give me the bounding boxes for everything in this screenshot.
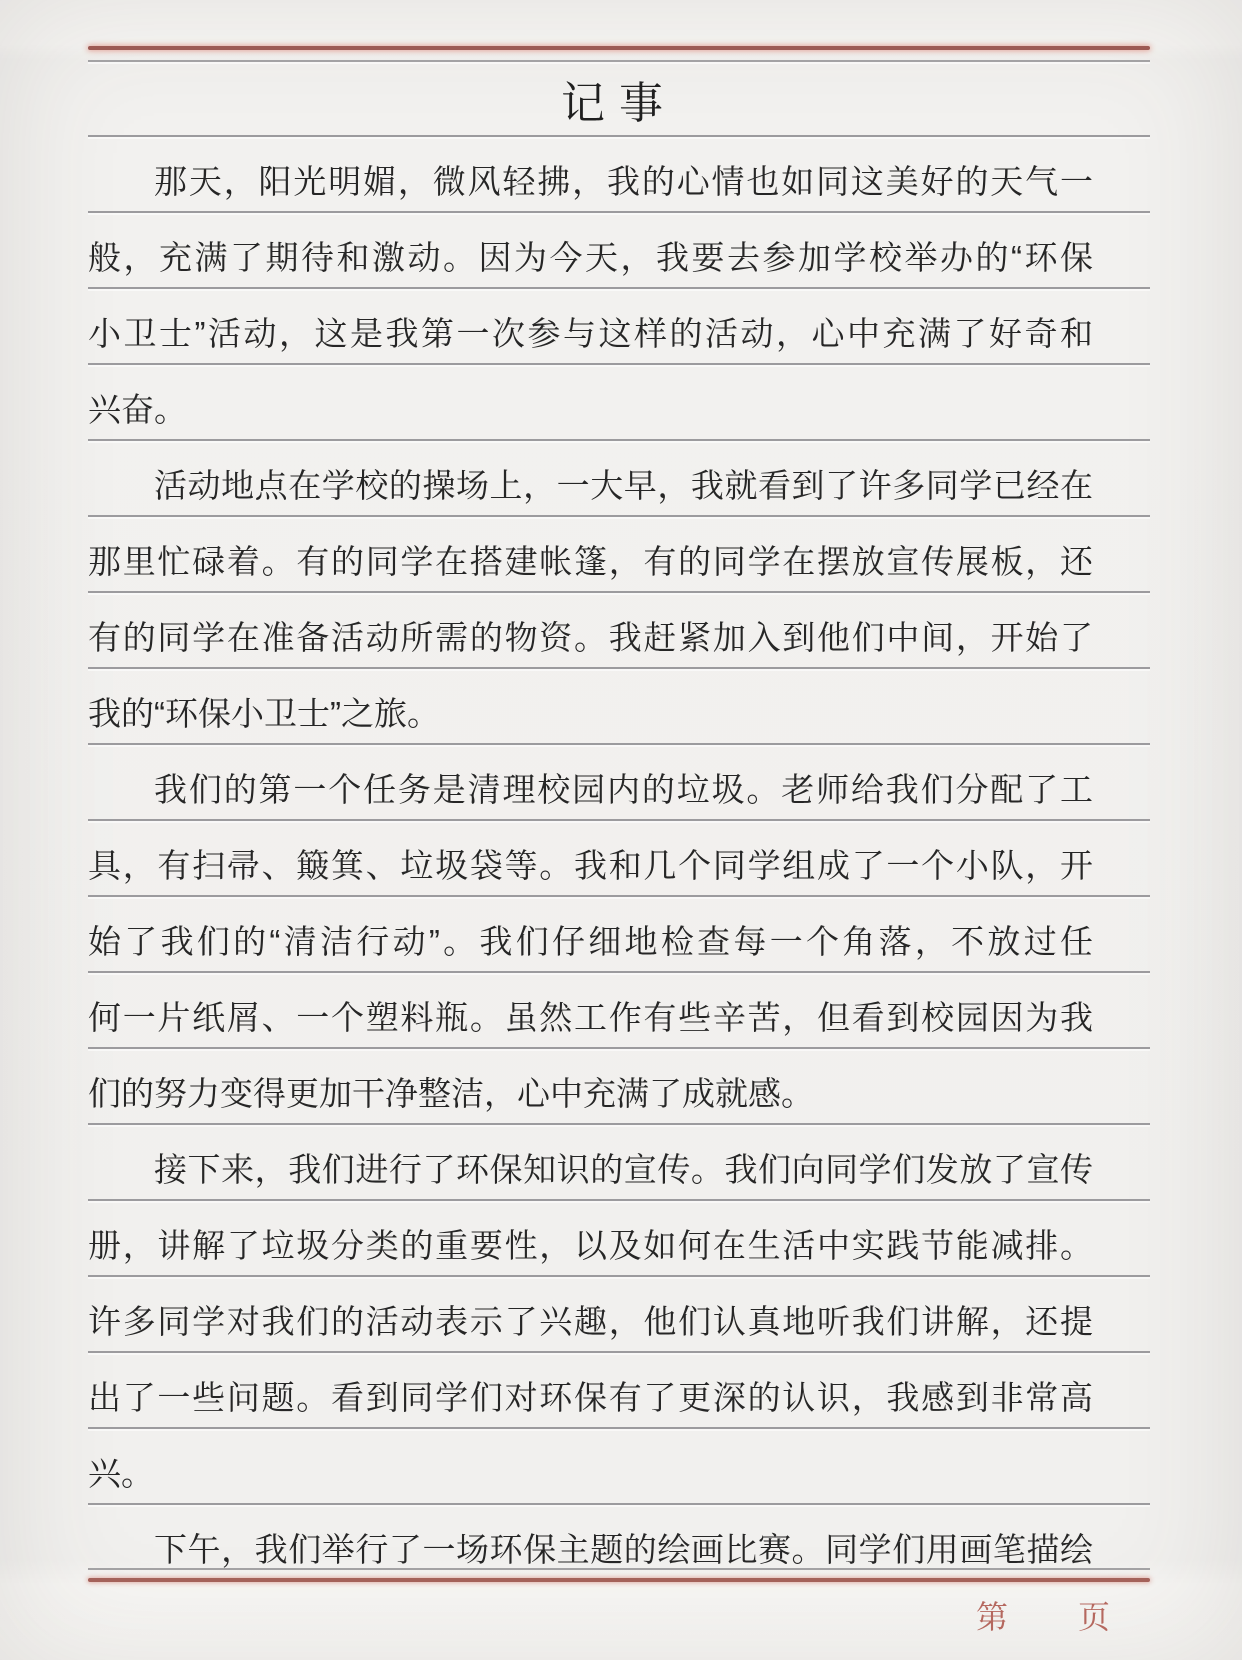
essay-line: 那里忙碌着。有的同学在搭建帐篷，有的同学在摆放宣传展板，还 xyxy=(88,515,1150,593)
notebook-page: 记事 那天，阳光明媚，微风轻拂，我的心情也如同这美好的天气一 般，充满了期待和激… xyxy=(0,0,1242,1660)
essay-line-text: 我的“环保小卫士”之旅。 xyxy=(88,695,1093,745)
essay-line-text: 有的同学在准备活动所需的物资。我赶紧加入到他们中间，开始了 xyxy=(88,619,1093,669)
essay-line: 出了一些问题。看到同学们对环保有了更深的认识，我感到非常高 xyxy=(88,1351,1150,1429)
essay-line: 始了我们的“清洁行动”。我们仔细地检查每一个角落，不放过任 xyxy=(88,895,1150,973)
essay-line-text: 般，充满了期待和激动。因为今天，我要去参加学校举办的“环保 xyxy=(88,239,1093,289)
essay-line: 活动地点在学校的操场上，一大早，我就看到了许多同学已经在 xyxy=(88,439,1150,517)
essay-line-text: 那天，阳光明媚，微风轻拂，我的心情也如同这美好的天气一 xyxy=(88,163,1093,213)
page-number-prefix: 第 xyxy=(976,1592,1010,1638)
essay-line-text: 活动地点在学校的操场上，一大早，我就看到了许多同学已经在 xyxy=(88,467,1093,517)
essay-line-text: 下午，我们举行了一场环保主题的绘画比赛。同学们用画笔描绘 xyxy=(88,1531,1093,1581)
essay-line-text: 们的努力变得更加干净整洁，心中充满了成就感。 xyxy=(88,1075,1093,1125)
top-margin-red-line xyxy=(88,46,1150,50)
essay-line-text: 兴。 xyxy=(88,1455,1093,1505)
page-number-suffix: 页 xyxy=(1078,1592,1112,1638)
essay-line: 许多同学对我们的活动表示了兴趣，他们认真地听我们讲解，还提 xyxy=(88,1275,1150,1353)
essay-line-text: 兴奋。 xyxy=(88,391,1093,441)
essay-line-text: 始了我们的“清洁行动”。我们仔细地检查每一个角落，不放过任 xyxy=(88,923,1093,973)
essay-line-text: 何一片纸屑、一个塑料瓶。虽然工作有些辛苦，但看到校园因为我 xyxy=(88,999,1093,1049)
essay-line: 何一片纸屑、一个塑料瓶。虽然工作有些辛苦，但看到校园因为我 xyxy=(88,971,1150,1049)
essay-line: 具，有扫帚、簸箕、垃圾袋等。我和几个同学组成了一个小队，开 xyxy=(88,819,1150,897)
essay-line-text: 具，有扫帚、簸箕、垃圾袋等。我和几个同学组成了一个小队，开 xyxy=(88,847,1093,897)
essay-line-text: 许多同学对我们的活动表示了兴趣，他们认真地听我们讲解，还提 xyxy=(88,1303,1093,1353)
essay-line: 小卫士”活动，这是我第一次参与这样的活动，心中充满了好奇和 xyxy=(88,287,1150,365)
essay-line-text: 册，讲解了垃圾分类的重要性，以及如何在生活中实践节能减排。 xyxy=(88,1227,1093,1277)
page-number-footer: 第 页 xyxy=(976,1592,1112,1638)
essay-line: 我们的第一个任务是清理校园内的垃圾。老师给我们分配了工 xyxy=(88,743,1150,821)
essay-title: 记事 xyxy=(561,67,677,131)
essay-line-text: 出了一些问题。看到同学们对环保有了更深的认识，我感到非常高 xyxy=(88,1379,1093,1429)
essay-line: 兴奋。 xyxy=(88,363,1150,441)
essay-line-text: 接下来，我们进行了环保知识的宣传。我们向同学们发放了宣传 xyxy=(88,1151,1093,1201)
essay-line-text: 小卫士”活动，这是我第一次参与这样的活动，心中充满了好奇和 xyxy=(88,315,1093,365)
essay-line: 兴。 xyxy=(88,1427,1150,1505)
essay-line: 们的努力变得更加干净整洁，心中充满了成就感。 xyxy=(88,1047,1150,1125)
bottom-margin-gray-line xyxy=(88,1568,1150,1570)
essay-line-text: 我们的第一个任务是清理校园内的垃圾。老师给我们分配了工 xyxy=(88,771,1093,821)
essay-line-text: 那里忙碌着。有的同学在搭建帐篷，有的同学在摆放宣传展板，还 xyxy=(88,543,1093,593)
essay-line: 那天，阳光明媚，微风轻拂，我的心情也如同这美好的天气一 xyxy=(88,135,1150,213)
essay-line: 有的同学在准备活动所需的物资。我赶紧加入到他们中间，开始了 xyxy=(88,591,1150,669)
bottom-margin-red-line xyxy=(88,1578,1150,1582)
essay-line: 般，充满了期待和激动。因为今天，我要去参加学校举办的“环保 xyxy=(88,211,1150,289)
title-band: 记事 xyxy=(88,62,1150,135)
essay-line: 接下来，我们进行了环保知识的宣传。我们向同学们发放了宣传 xyxy=(88,1123,1150,1201)
essay-line: 我的“环保小卫士”之旅。 xyxy=(88,667,1150,745)
essay-line: 册，讲解了垃圾分类的重要性，以及如何在生活中实践节能减排。 xyxy=(88,1199,1150,1277)
